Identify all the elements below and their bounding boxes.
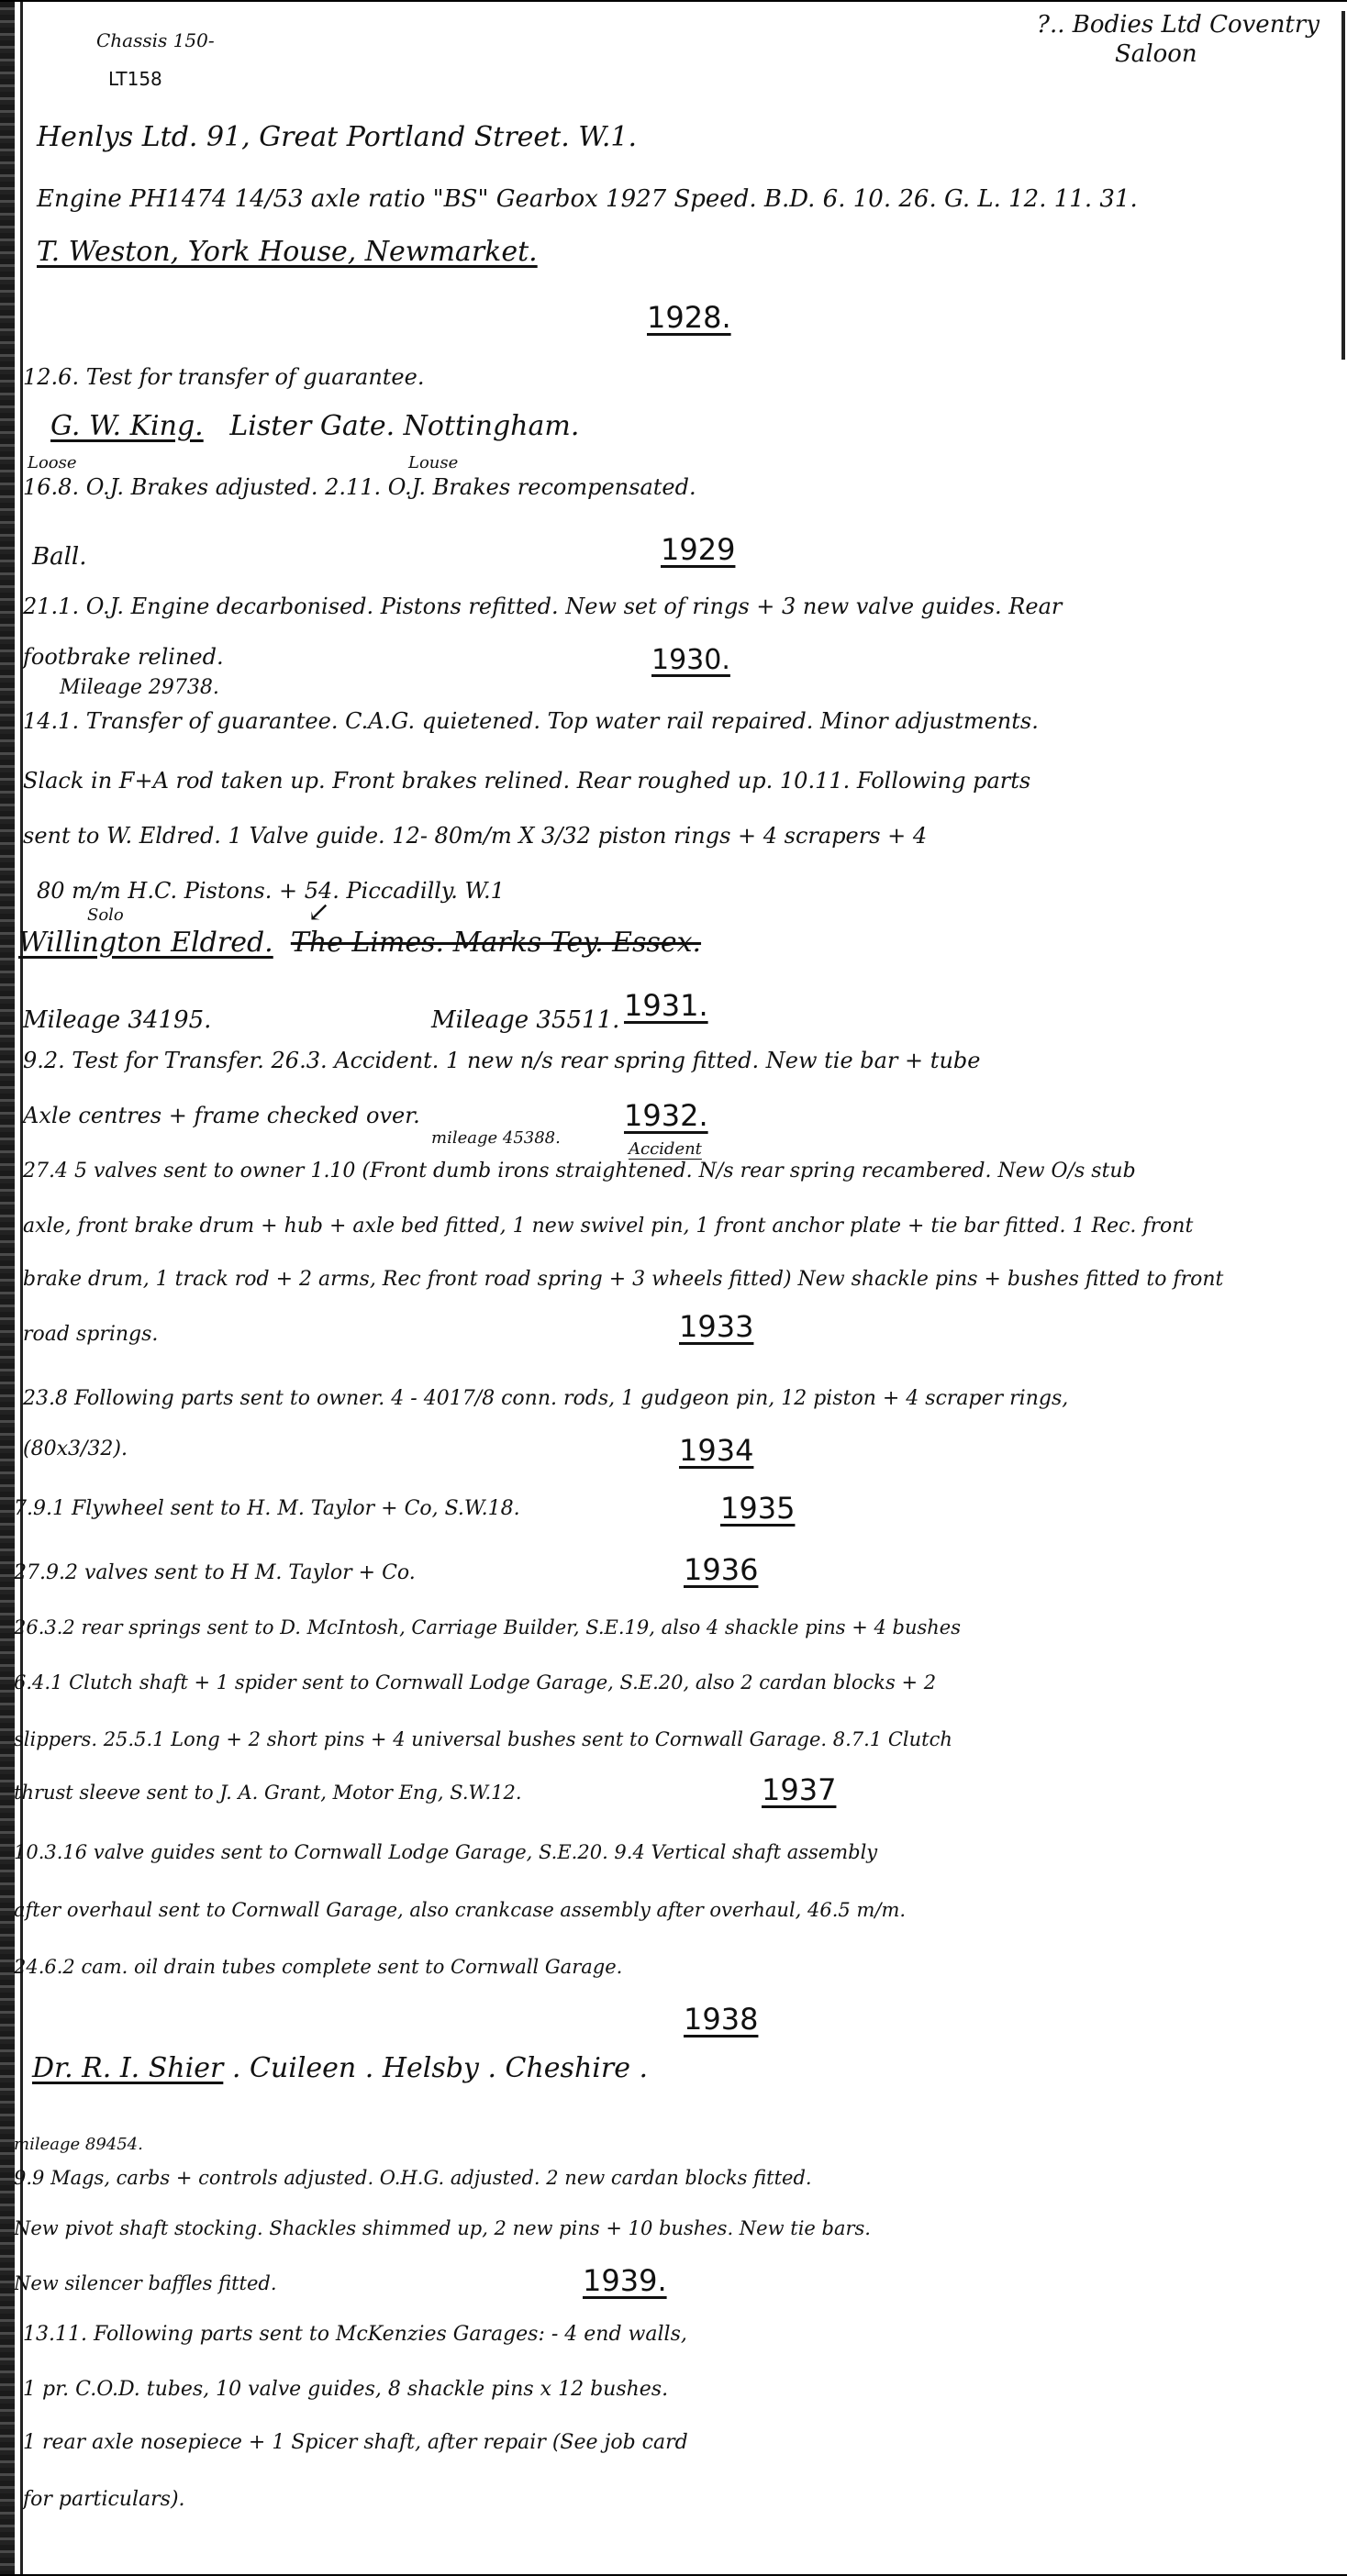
entry-1936-slippers: slippers. 25.5.1 Long + 2 short pins + 4… <box>14 1728 952 1750</box>
year-heading-1931: 1931. <box>624 988 708 1023</box>
entry-1936-springs: 26.3.2 rear springs sent to D. McIntosh,… <box>14 1616 961 1638</box>
entry-1939-parts: 13.11. Following parts sent to McKenzies… <box>23 2323 687 2346</box>
owner-eldred-name: Willington Eldred. <box>18 927 273 959</box>
entry-1932-brake: brake drum, 1 track rod + 2 arms, Rec fr… <box>23 1268 1223 1291</box>
year-heading-1939: 1939. <box>583 2263 667 2298</box>
entry-1935-flywheel: 7.9.1 Flywheel sent to H. M. Taylor + Co… <box>14 1497 520 1520</box>
owner-king-address: Lister Gate. Nottingham. <box>229 410 579 442</box>
year-heading-1932: 1932. <box>624 1098 708 1133</box>
entry-1936-valves: 27.9.2 valves sent to H M. Taylor + Co. <box>14 1561 416 1584</box>
entry-1931-transfer: 9.2. Test for Transfer. 26.3. Accident. … <box>23 1048 980 1073</box>
entry-1928-brakes: 16.8. O.J. Brakes adjusted. 2.11. O.J. B… <box>23 474 696 500</box>
entry-1932-axle: axle, front brake drum + hub + axle bed … <box>23 1215 1193 1238</box>
owner-ball: Ball. <box>32 543 87 571</box>
entry-1929-engine: 21.1. O.J. Engine decarbonised. Pistons … <box>23 594 1062 619</box>
year-heading-1934: 1934 <box>679 1433 753 1468</box>
entry-1930-transfer: 14.1. Transfer of guarantee. C.A.G. quie… <box>23 708 1039 734</box>
body-type: Saloon <box>1115 40 1197 68</box>
eldred-annotation: Solo <box>87 905 124 925</box>
entry-1932-springs: road springs. <box>23 1323 158 1346</box>
entry-1937-overhaul: after overhaul sent to Cornwall Garage, … <box>14 1899 906 1921</box>
king-annotation-left: Loose <box>28 453 77 472</box>
owner-eldred-struck-address: The Limes. Marks Tey. Essex. <box>291 927 701 959</box>
accident-label: Accident <box>629 1139 702 1159</box>
owner-shier-address: . Cuileen . Helsby . Cheshire . <box>232 2052 648 2084</box>
entry-1938-silencer: New silencer baffles fitted. <box>14 2272 277 2294</box>
entry-1939-particulars: for particulars). <box>23 2488 185 2511</box>
registration-number: LT158 <box>108 68 162 90</box>
mileage-1931-b: Mileage 35511. <box>431 1006 619 1034</box>
mileage-1932: mileage 45388. <box>431 1128 561 1148</box>
entry-1930-parts: sent to W. Eldred. 1 Valve guide. 12- 80… <box>23 823 927 849</box>
coachbuilder-note: ?.. Bodies Ltd Coventry <box>1037 11 1319 39</box>
service-record-page: Chassis 150- LT158 ?.. Bodies Ltd Covent… <box>0 0 1347 2576</box>
entry-1938-mags: 9.9 Mags, carbs + controls adjusted. O.H… <box>14 2167 812 2189</box>
entry-1938-shaft: New pivot shaft stocking. Shackles shimm… <box>14 2217 871 2239</box>
dealer-address: Henlys Ltd. 91, Great Portland Street. W… <box>37 121 637 153</box>
year-heading-1929: 1929 <box>661 532 735 567</box>
year-heading-1930: 1930. <box>651 644 730 676</box>
entry-1933-rings: (80x3/32). <box>23 1438 128 1460</box>
entry-1933-parts: 23.8 Following parts sent to owner. 4 - … <box>23 1387 1068 1410</box>
arrow-icon: ↙ <box>307 896 330 928</box>
owner-king: G. W. King. Lister Gate. Nottingham. <box>50 410 579 442</box>
entry-1939-tubes: 1 pr. C.O.D. tubes, 10 valve guides, 8 s… <box>23 2378 668 2401</box>
engine-details: Engine PH1474 14/53 axle ratio "BS" Gear… <box>37 185 1138 213</box>
king-annotation-mid: Louse <box>408 453 458 472</box>
year-heading-1933: 1933 <box>679 1309 753 1344</box>
entry-1937-tubes: 24.6.2 cam. oil drain tubes complete sen… <box>14 1956 622 1978</box>
year-heading-1937: 1937 <box>762 1772 836 1807</box>
entry-1932-valves: 27.4 5 valves sent to owner 1.10 (Front … <box>23 1160 1136 1183</box>
year-heading-1936: 1936 <box>684 1552 758 1587</box>
owner-king-name: G. W. King. <box>50 410 204 442</box>
owner-shier: Dr. R. I. Shier . Cuileen . Helsby . Che… <box>32 2052 648 2084</box>
entry-1936-thrust: thrust sleeve sent to J. A. Grant, Motor… <box>14 1782 522 1804</box>
page-binding-edge <box>0 2 15 2574</box>
year-heading-1935: 1935 <box>720 1491 795 1526</box>
entry-1937-guides: 10.3.16 valve guides sent to Cornwall Lo… <box>14 1841 877 1863</box>
year-heading-1938: 1938 <box>684 2002 758 2037</box>
first-owner: T. Weston, York House, Newmarket. <box>37 236 538 268</box>
year-heading-1928: 1928. <box>647 300 731 335</box>
owner-shier-name: Dr. R. I. Shier <box>32 2052 223 2084</box>
entry-1930-pistons: 80 m/m H.C. Pistons. + 54. Piccadilly. W… <box>37 878 505 904</box>
mileage-1938: mileage 89454. <box>14 2135 143 2154</box>
entry-1930-slack: Slack in F+A rod taken up. Front brakes … <box>23 768 1030 794</box>
entry-1928-test: 12.6. Test for transfer of guarantee. <box>23 364 424 390</box>
chassis-number: Chassis 150- <box>96 29 215 51</box>
entry-1931-axle: Axle centres + frame checked over. <box>23 1103 420 1128</box>
entry-1936-clutch: 6.4.1 Clutch shaft + 1 spider sent to Co… <box>14 1671 936 1693</box>
owner-eldred: Willington Eldred. The Limes. Marks Tey.… <box>18 927 701 959</box>
entry-1939-axle: 1 rear axle nosepiece + 1 Spicer shaft, … <box>23 2431 688 2454</box>
right-page-edge <box>1341 11 1345 360</box>
mileage-1930: Mileage 29738. <box>60 676 219 699</box>
entry-1929-footbrake: footbrake relined. <box>23 644 224 670</box>
mileage-1931-a: Mileage 34195. <box>23 1006 211 1034</box>
